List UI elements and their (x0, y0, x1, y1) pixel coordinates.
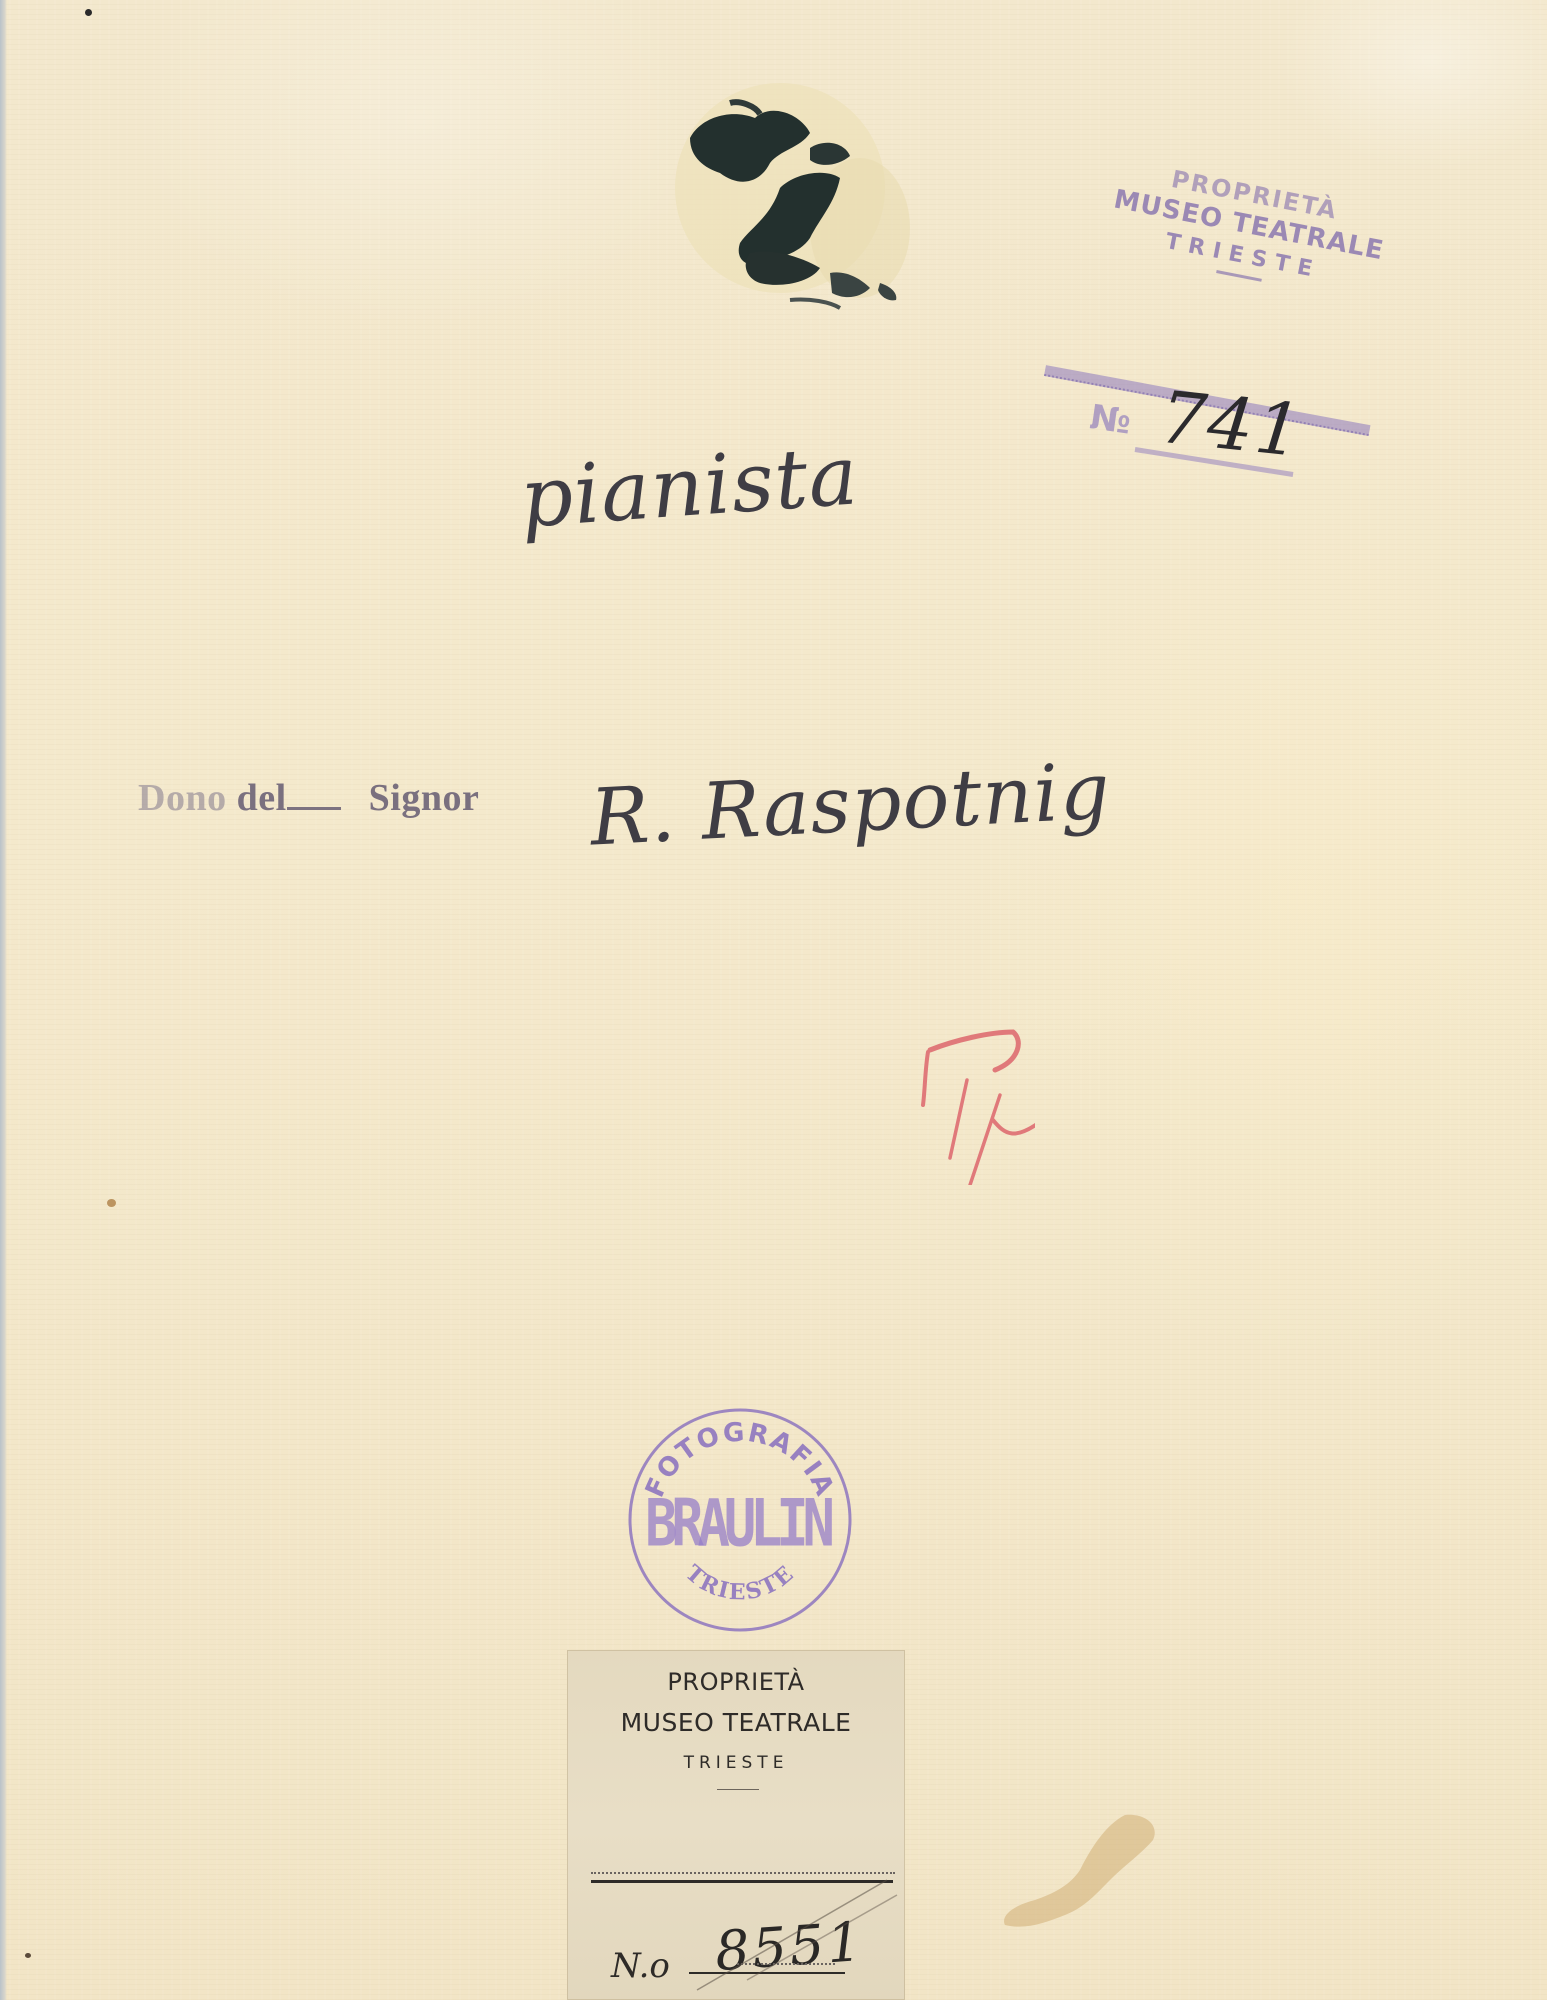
donation-prefix-faded: Dono (138, 777, 227, 819)
donation-line: Dono del Signor (138, 776, 479, 820)
svg-text:TRIESTE: TRIESTE (680, 1560, 800, 1606)
museum-ownership-stamp: PROPRIETÀ MUSEO TEATRALE TRIESTE (1090, 154, 1399, 337)
label-divider (717, 1789, 759, 1790)
photographer-circular-stamp: FOTOGRAFIA BRAULIN TRIESTE (618, 1398, 862, 1642)
pencil-strike-marks (687, 1860, 907, 2000)
stamp-text-trieste: TRIESTE (680, 1560, 800, 1606)
occupation-handwritten: pianista (517, 428, 861, 546)
donation-title: Signor (369, 777, 480, 819)
donation-prefix: del (237, 777, 287, 819)
museum-inventory-label: PROPRIETÀ MUSEO TEATRALE TRIESTE N.o 855… (567, 1650, 905, 2000)
donor-name-handwritten: R. Raspotnig (588, 746, 1113, 863)
foxing-spot (107, 1199, 116, 1207)
stamp-divider (1216, 270, 1262, 282)
label-line-museo: MUSEO TEATRALE (567, 1708, 905, 1737)
number-symbol: № (1087, 397, 1133, 442)
pinhole-mark (85, 9, 92, 16)
red-crayon-annotation-mark: Tp (895, 1010, 1035, 1185)
pinhole-mark (25, 1953, 31, 1958)
blank-line (287, 807, 341, 810)
inventory-number-handwritten: 741 (1156, 375, 1307, 474)
label-line-city: TRIESTE (567, 1753, 905, 1773)
ink-blot-stain (660, 78, 920, 323)
label-number-prefix: N.o (611, 1946, 670, 1986)
water-stain (975, 1795, 1175, 1945)
stamp-text-braulin: BRAULIN (645, 1487, 835, 1562)
page-left-edge (0, 0, 7, 2000)
document-page: PROPRIETÀ MUSEO TEATRALE TRIESTE № 741 p… (0, 0, 1547, 2000)
label-line-proprieta: PROPRIETÀ (567, 1668, 905, 1696)
